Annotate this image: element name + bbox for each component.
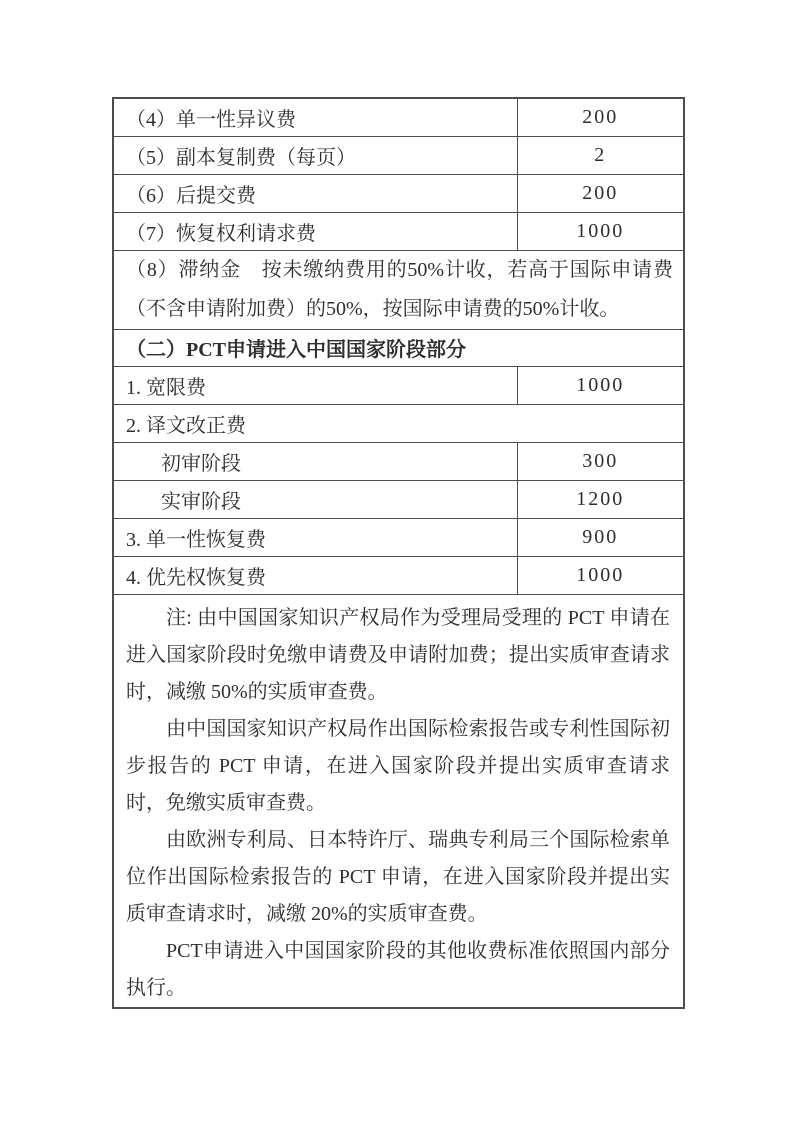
- notes-paragraph: 由欧洲专利局、日本特许厅、瑞典专利局三个国际检索单位作出国际检索报告的 PCT …: [126, 822, 670, 933]
- fee-value: 300: [517, 442, 684, 480]
- fee-label: （5）副本复制费（每页）: [113, 136, 517, 174]
- fee-label: （7）恢复权利请求费: [113, 212, 517, 250]
- notes-row: 注: 由中国国家知识产权局作为受理局受理的 PCT 申请在进入国家阶段时免缴申请…: [113, 594, 684, 1008]
- fee-group-label: 2. 译文改正费: [113, 404, 684, 442]
- fee-value: 1200: [517, 480, 684, 518]
- section-header-row: （二）PCT申请进入中国国家阶段部分: [113, 329, 684, 366]
- fee-label: 4. 优先权恢复费: [113, 556, 517, 594]
- surcharge-text: （8）滞纳金 按未缴纳费用的50%计收，若高于国际申请费（不含申请附加费）的50…: [113, 250, 684, 329]
- fee-value: 1000: [517, 556, 684, 594]
- fee-label: （6）后提交费: [113, 174, 517, 212]
- fee-row: 初审阶段 300: [113, 442, 684, 480]
- surcharge-row: （8）滞纳金 按未缴纳费用的50%计收，若高于国际申请费（不含申请附加费）的50…: [113, 250, 684, 329]
- notes-paragraph: 由中国国家知识产权局作出国际检索报告或专利性国际初步报告的 PCT 申请，在进入…: [126, 711, 670, 822]
- notes-cell: 注: 由中国国家知识产权局作为受理局受理的 PCT 申请在进入国家阶段时免缴申请…: [113, 594, 684, 1008]
- fee-row: （5）副本复制费（每页） 2: [113, 136, 684, 174]
- fee-value: 1000: [517, 212, 684, 250]
- fee-group-row: 2. 译文改正费: [113, 404, 684, 442]
- notes-paragraph: 注: 由中国国家知识产权局作为受理局受理的 PCT 申请在进入国家阶段时免缴申请…: [126, 600, 670, 711]
- fee-value: 900: [517, 518, 684, 556]
- fee-row: 3. 单一性恢复费 900: [113, 518, 684, 556]
- fee-value: 200: [517, 174, 684, 212]
- fee-table: （4）单一性异议费 200 （5）副本复制费（每页） 2 （6）后提交费 200…: [112, 97, 685, 1009]
- fee-row: 1. 宽限费 1000: [113, 366, 684, 404]
- document-page: （4）单一性异议费 200 （5）副本复制费（每页） 2 （6）后提交费 200…: [0, 0, 793, 1122]
- fee-value: 1000: [517, 366, 684, 404]
- fee-row: （4）单一性异议费 200: [113, 98, 684, 136]
- fee-sublabel: 实审阶段: [113, 480, 517, 518]
- fee-label: 3. 单一性恢复费: [113, 518, 517, 556]
- fee-row: 4. 优先权恢复费 1000: [113, 556, 684, 594]
- fee-value: 200: [517, 98, 684, 136]
- fee-sublabel: 初审阶段: [113, 442, 517, 480]
- section-header: （二）PCT申请进入中国国家阶段部分: [113, 329, 684, 366]
- fee-label: （4）单一性异议费: [113, 98, 517, 136]
- fee-value: 2: [517, 136, 684, 174]
- fee-row: （7）恢复权利请求费 1000: [113, 212, 684, 250]
- fee-label: 1. 宽限费: [113, 366, 517, 404]
- fee-row: （6）后提交费 200: [113, 174, 684, 212]
- fee-row: 实审阶段 1200: [113, 480, 684, 518]
- notes-paragraph: PCT申请进入中国国家阶段的其他收费标准依照国内部分执行。: [126, 933, 670, 1007]
